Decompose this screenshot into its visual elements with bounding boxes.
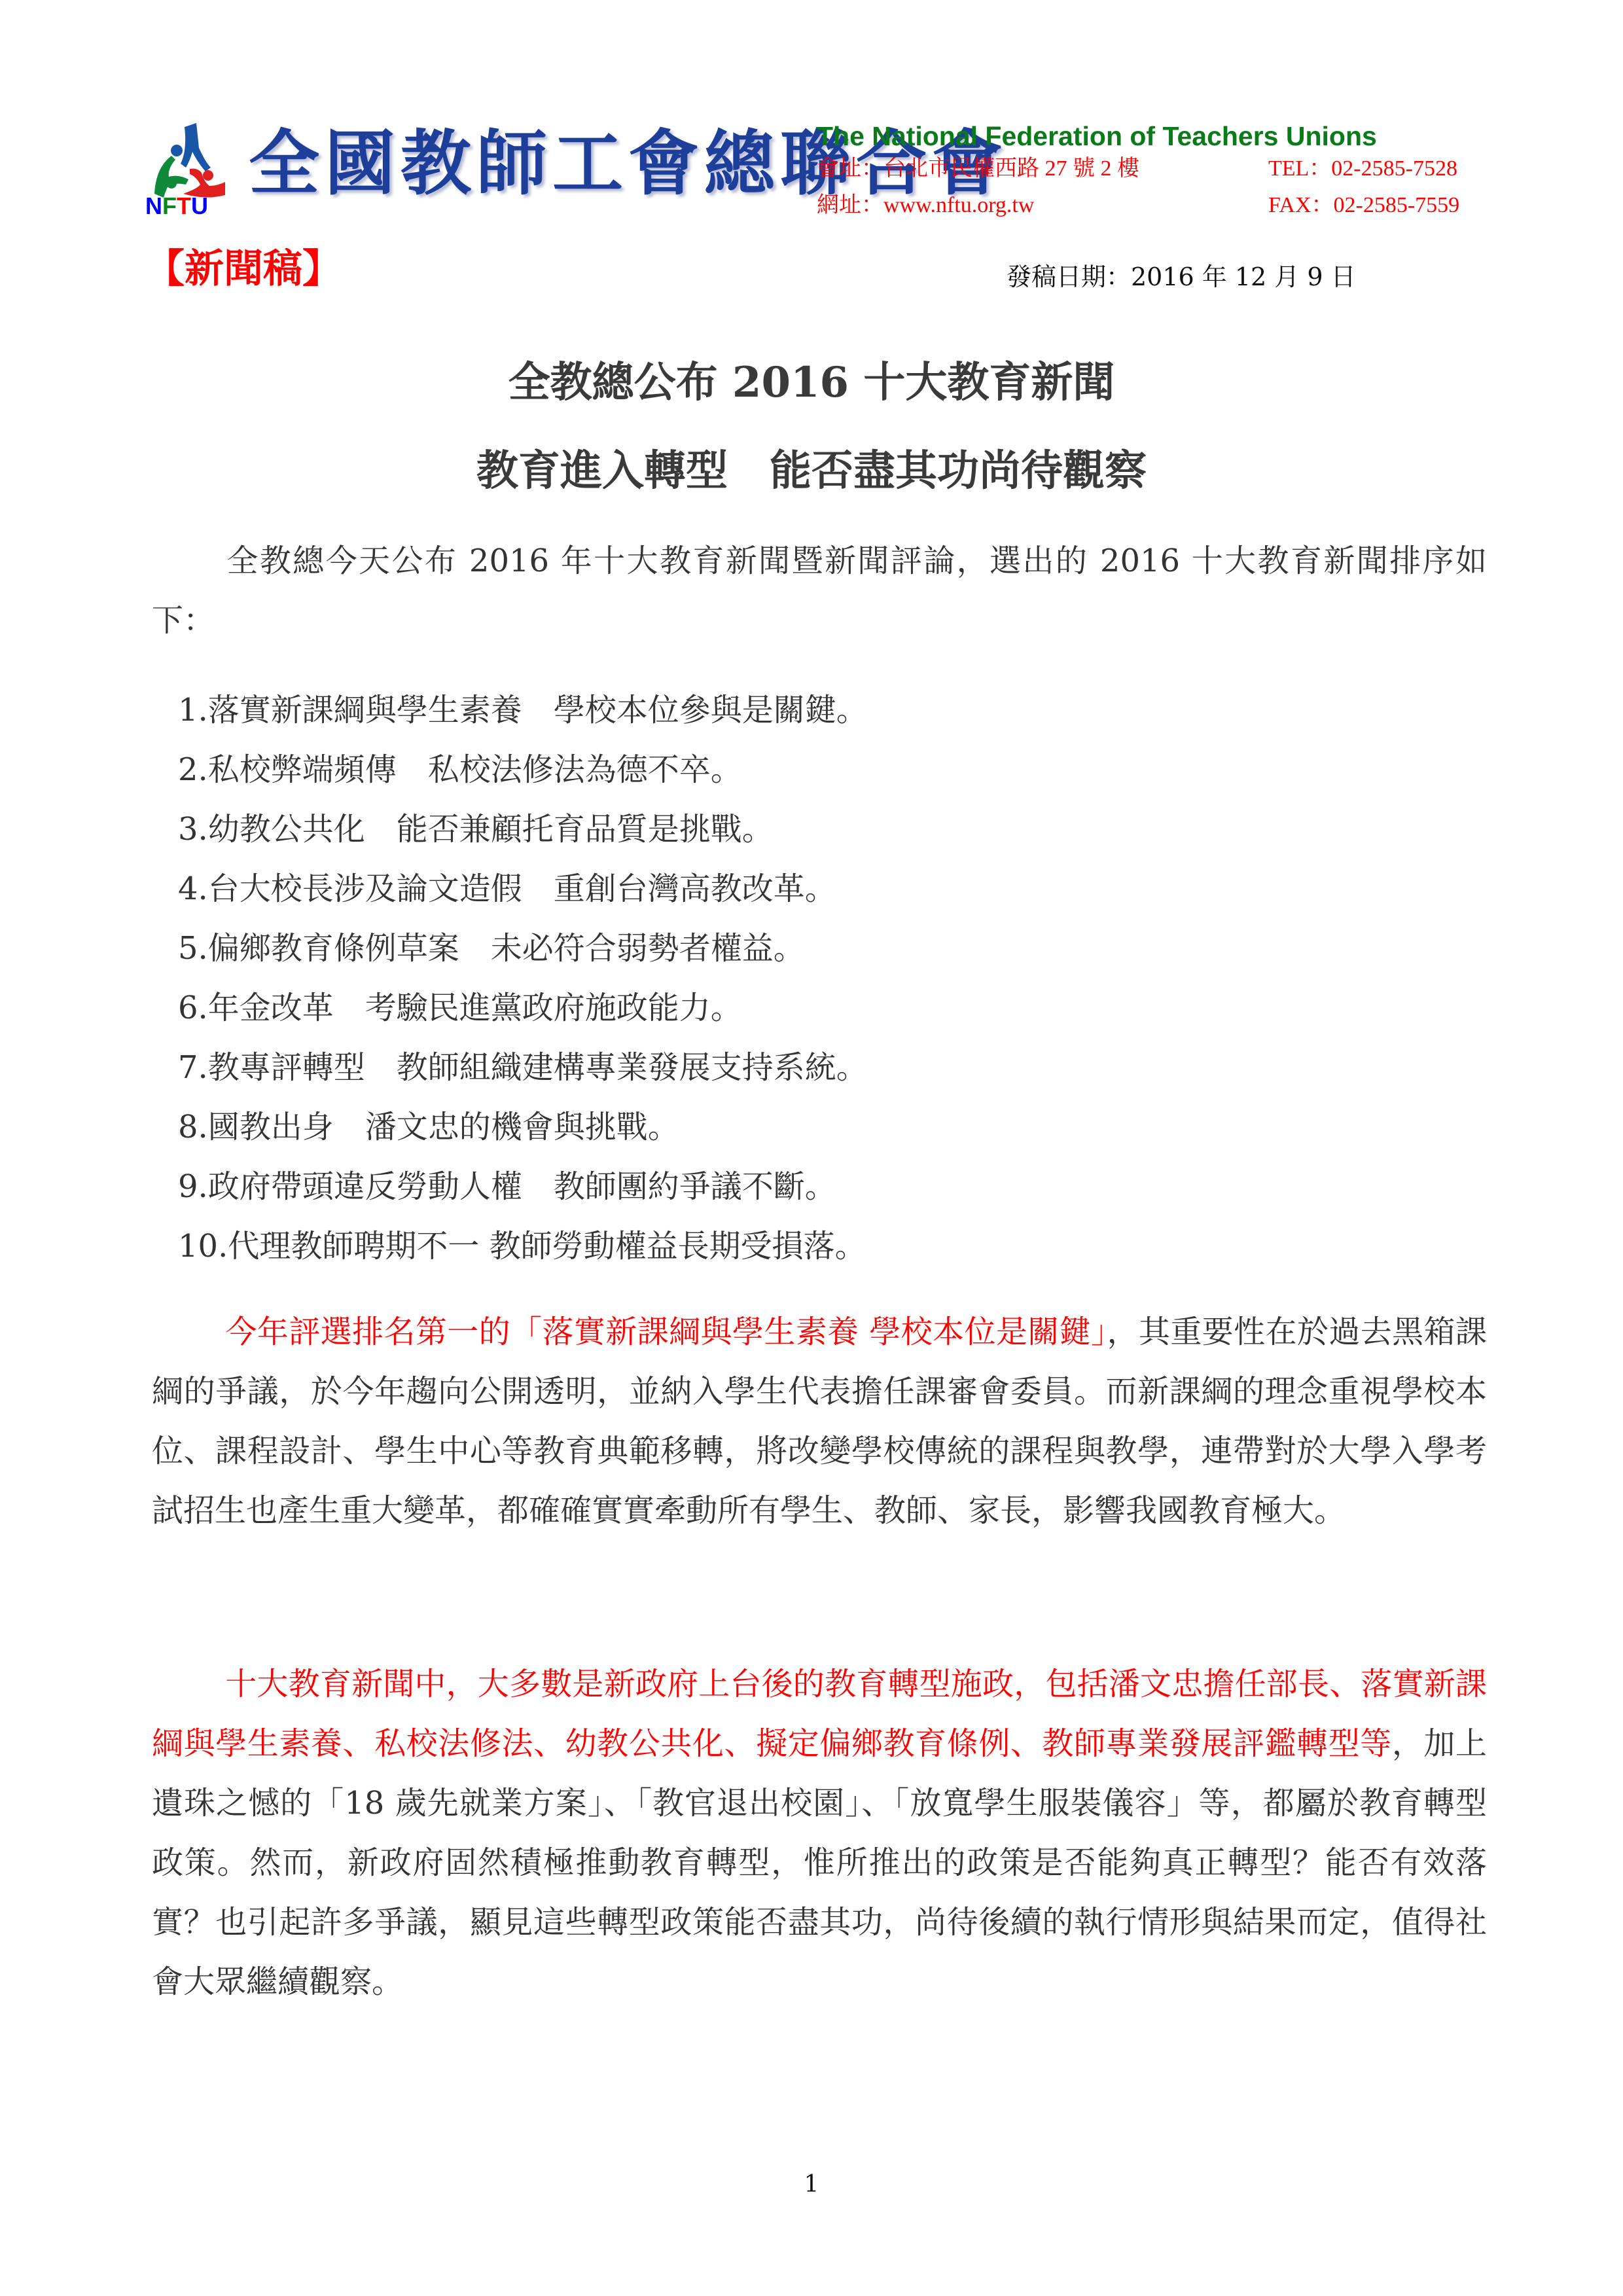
news-item-1: 1.落實新課綱與學生素養 學校本位參與是關鍵。 <box>178 681 868 740</box>
page-number: 1 <box>0 2172 1623 2198</box>
release-date: 發稿日期：2016 年 12 月 9 日 <box>1007 262 1356 292</box>
nftu-letter-f: F <box>162 193 177 219</box>
intro-paragraph: 全教總今天公布 2016 年十大教育新聞暨新聞評論，選出的 2016 十大教育新… <box>152 531 1487 651</box>
org-tel: TEL：02-2585-7528 <box>1268 156 1457 182</box>
main-title: 全教總公布 2016 十大教育新聞 <box>0 357 1623 409</box>
press-release-label: 【新聞稿】 <box>145 245 342 293</box>
nftu-acronym: NFTU <box>145 193 208 219</box>
org-fax: FAX：02-2585-7559 <box>1268 192 1459 219</box>
paragraph-2-text: ，加上遺珠之憾的「18 歲先就業方案」、「教官退出校園」、「放寬學生服裝儀容」等… <box>152 1725 1487 2000</box>
news-item-9: 9.政府帶頭違反勞動人權 教師團約爭議不斷。 <box>178 1157 868 1217</box>
news-item-8: 8.國教出身 潘文忠的機會與挑戰。 <box>178 1098 868 1157</box>
news-item-4: 4.台大校長涉及論文造假 重創台灣高教改革。 <box>178 859 868 919</box>
paragraph-2: 十大教育新聞中，大多數是新政府上台後的教育轉型施政，包括潘文忠擔任部長、落實新課… <box>152 1655 1487 2012</box>
top-ten-news-list: 1.落實新課綱與學生素養 學校本位參與是關鍵。 2.私校弊端頻傳 私校法修法為德… <box>178 681 868 1276</box>
paragraph-1: 今年評選排名第一的「落實新課綱與學生素養 學校本位是關鍵」，其重要性在於過去黑箱… <box>152 1302 1487 1541</box>
org-address: 會址：台北市民權西路 27 號 2 樓 <box>817 156 1139 182</box>
intro-text: 全教總今天公布 2016 年十大教育新聞暨新聞評論，選出的 2016 十大教育新… <box>152 543 1487 639</box>
nftu-letter-t: T <box>177 193 191 219</box>
news-item-6: 6.年金改革 考驗民進黨政府施政能力。 <box>178 978 868 1038</box>
paragraph-1-highlight: 今年評選排名第一的「落實新課綱與學生素養 學校本位是關鍵」 <box>225 1314 1107 1350</box>
news-item-5: 5.偏鄉教育條例草案 未必符合弱勢者權益。 <box>178 919 868 978</box>
news-item-10: 10.代理教師聘期不一 教師勞動權益長期受損落。 <box>178 1217 868 1276</box>
sub-title: 教育進入轉型 能否盡其功尚待觀察 <box>0 445 1623 497</box>
news-item-3: 3.幼教公共化 能否兼顧托育品質是挑戰。 <box>178 800 868 859</box>
news-item-2: 2.私校弊端頻傳 私校法修法為德不卒。 <box>178 740 868 800</box>
nftu-letter-u: U <box>191 193 208 219</box>
nftu-letter-n: N <box>145 193 162 219</box>
paragraph-2-highlight: 十大教育新聞中，大多數是新政府上台後的教育轉型施政，包括潘文忠擔任部長、落實新課… <box>152 1666 1487 1762</box>
org-website: 網址：www.nftu.org.tw <box>817 192 1034 219</box>
org-name-en: The National Federation of Teachers Unio… <box>817 120 1377 152</box>
news-item-7: 7.教專評轉型 教師組織建構專業發展支持系統。 <box>178 1038 868 1098</box>
